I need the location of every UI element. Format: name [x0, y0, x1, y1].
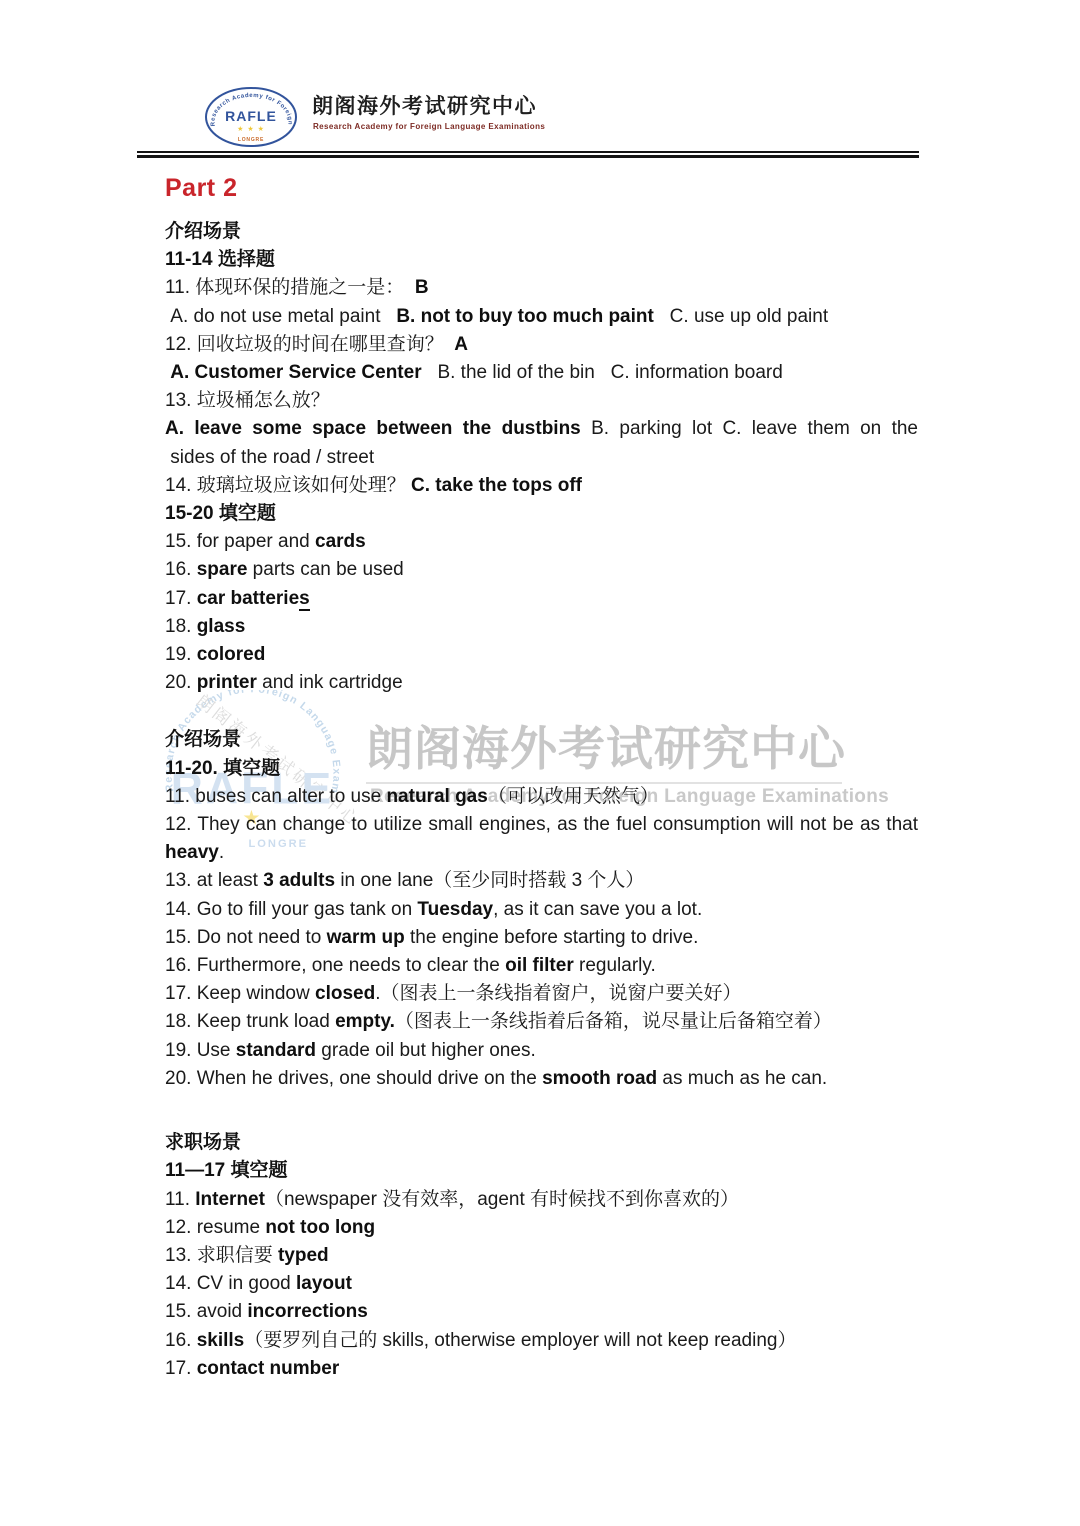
answer-text: A. leave some space between the dustbins	[165, 418, 581, 439]
answer-text: typed	[278, 1245, 329, 1266]
org-title: 朗阁海外考试研究中心	[312, 90, 537, 120]
line-text: 16.	[165, 559, 197, 580]
doc-line: 14. 玻璃垃圾应该如何处理？ C. take the tops off	[165, 472, 918, 500]
doc-line: 17. contact number	[165, 1355, 918, 1383]
answer-text: Tuesday	[417, 899, 493, 920]
doc-line: 17. car batteries	[165, 585, 918, 613]
answer-text: car batterie	[197, 588, 299, 609]
line-text: 19.	[165, 644, 197, 665]
answer-text: warm up	[327, 927, 405, 948]
section-heading: 介绍场景	[165, 726, 918, 754]
line-text: and ink cartridge	[257, 672, 403, 693]
line-text: as much as he can.	[657, 1068, 827, 1089]
answer-text: smooth road	[542, 1068, 657, 1089]
line-text: （可以改用天然气）	[488, 786, 659, 807]
answer-text: glass	[197, 616, 246, 637]
line-text: 11.	[165, 1189, 195, 1210]
line-text: 20. When he drives, one should drive on …	[165, 1068, 542, 1089]
document-blocks: 介绍场景11-14 选择题11. 体现环保的措施之一是： B A. do not…	[165, 218, 918, 1383]
doc-line: 19. Use standard grade oil but higher on…	[165, 1037, 918, 1065]
line-text: 14. CV in good	[165, 1273, 296, 1294]
line-text: C. use up old paint	[654, 306, 828, 327]
doc-line: 15. for paper and cards	[165, 528, 918, 556]
answer-text: contact number	[197, 1358, 340, 1379]
line-text: A. do not use metal paint	[165, 306, 396, 327]
answer-text: colored	[197, 644, 266, 665]
doc-line: 20. When he drives, one should drive on …	[165, 1065, 918, 1093]
doc-line: A. leave some space between the dustbins…	[165, 415, 918, 443]
doc-line: 12. resume not too long	[165, 1214, 918, 1242]
badge-rafle-text: RAFLE	[225, 108, 277, 124]
doc-line: 12. 回收垃圾的时间在哪里查询？ A	[165, 331, 918, 359]
answer-text: standard	[236, 1040, 316, 1061]
section-heading: 11—17 填空题	[165, 1157, 918, 1185]
org-subtitle: Research Academy for Foreign Language Ex…	[313, 122, 545, 131]
doc-line: 16. Furthermore, one needs to clear the …	[165, 952, 918, 980]
line-text: parts can be used	[247, 559, 403, 580]
answer-text: not too long	[265, 1217, 375, 1238]
answer-text: B	[415, 277, 429, 298]
answer-text: 3 adults	[263, 870, 335, 891]
answer-text: empty.	[335, 1011, 395, 1032]
section-heading: 11-20. 填空题	[165, 755, 918, 783]
answer-text: s	[299, 588, 310, 611]
line-text: 12. resume	[165, 1217, 265, 1238]
line-text: 15. Do not need to	[165, 927, 327, 948]
part-title: Part 2	[165, 174, 237, 203]
doc-line: 19. colored	[165, 641, 918, 669]
section-heading: 介绍场景	[165, 218, 918, 246]
answer-text: incorrections	[247, 1301, 367, 1322]
section-spacer	[165, 1093, 918, 1129]
answer-text: closed	[315, 983, 375, 1004]
doc-line: 11. 体现环保的措施之一是： B	[165, 274, 918, 302]
document-page: Research Academy for Foreign Language Ex…	[0, 0, 1080, 1526]
line-text: 18. Keep trunk load	[165, 1011, 335, 1032]
line-text: , as it can save you a lot.	[493, 899, 702, 920]
line-text: 15. for paper and	[165, 531, 315, 552]
answer-text: cards	[315, 531, 366, 552]
content-layer: Research Academy for Foreign Language Ex…	[0, 0, 1080, 1526]
line-text: 13. at least	[165, 870, 263, 891]
answer-text: C. take the tops off	[411, 475, 582, 496]
doc-line: 14. Go to fill your gas tank on Tuesday,…	[165, 896, 918, 924]
line-text: the engine before starting to drive.	[405, 927, 699, 948]
answer-text: B. not to buy too much paint	[396, 306, 654, 327]
line-text: .	[219, 842, 224, 863]
doc-line: 14. CV in good layout	[165, 1270, 918, 1298]
doc-line: 20. printer and ink cartridge	[165, 669, 918, 697]
answer-text: Internet	[195, 1189, 265, 1210]
line-text: sides of the road / street	[165, 447, 374, 468]
line-text: 11. 体现环保的措施之一是：	[165, 277, 415, 298]
line-text: 13. 求职信要	[165, 1245, 278, 1266]
line-text: （newspaper 没有效率，agent 有时候找不到你喜欢的）	[265, 1189, 739, 1210]
section-heading: 求职场景	[165, 1129, 918, 1157]
line-text: （图表上一条线指着后备箱，说尽量让后备箱空着）	[395, 1011, 832, 1032]
line-text: 15. avoid	[165, 1301, 247, 1322]
section-spacer	[165, 697, 918, 726]
line-text: （要罗列自己的 skills, otherwise employer will …	[244, 1330, 796, 1351]
line-text: .（图表上一条线指着窗户，说窗户要关好）	[375, 983, 741, 1004]
doc-line: 18. Keep trunk load empty.（图表上一条线指着后备箱，说…	[165, 1008, 918, 1036]
doc-line: 11. buses can alter to use natural gas（可…	[165, 783, 918, 811]
line-text: 17. Keep window	[165, 983, 315, 1004]
line-text: 11. buses can alter to use	[165, 786, 386, 807]
answer-text: heavy	[165, 842, 219, 863]
doc-line: 15. avoid incorrections	[165, 1298, 918, 1326]
line-text: grade oil but higher ones.	[316, 1040, 536, 1061]
doc-line: heavy.	[165, 839, 918, 867]
doc-line: 17. Keep window closed.（图表上一条线指着窗户，说窗户要关…	[165, 980, 918, 1008]
header-divider	[137, 151, 919, 158]
doc-line: 13. 垃圾桶怎么放？	[165, 387, 918, 415]
line-text: 13. 垃圾桶怎么放？	[165, 390, 330, 411]
line-text: in one lane（至少同时搭载 3 个人）	[335, 870, 644, 891]
answer-text: natural gas	[386, 786, 487, 807]
answer-text: A	[454, 334, 468, 355]
doc-line: 11. Internet（newspaper 没有效率，agent 有时候找不到…	[165, 1186, 918, 1214]
doc-line: 15. Do not need to warm up the engine be…	[165, 924, 918, 952]
doc-line: 18. glass	[165, 613, 918, 641]
doc-line: A. Customer Service Center B. the lid of…	[165, 359, 918, 387]
line-text: 14. 玻璃垃圾应该如何处理？	[165, 475, 411, 496]
badge-longre-text: LONGRE	[238, 137, 264, 143]
doc-line: 12. They can change to utilize small eng…	[165, 811, 918, 839]
doc-line: 16. skills（要罗列自己的 skills, otherwise empl…	[165, 1327, 918, 1355]
section-heading: 11-14 选择题	[165, 246, 918, 274]
doc-line: sides of the road / street	[165, 444, 918, 472]
line-text: 12. 回收垃圾的时间在哪里查询？	[165, 334, 454, 355]
answer-text: layout	[296, 1273, 352, 1294]
line-text: 14. Go to fill your gas tank on	[165, 899, 417, 920]
line-text: 17.	[165, 1358, 197, 1379]
line-text: 18.	[165, 616, 197, 637]
line-text: B. parking lot C. leave them on the	[581, 418, 918, 439]
doc-line: 13. 求职信要 typed	[165, 1242, 918, 1270]
doc-line: 16. spare parts can be used	[165, 556, 918, 584]
line-text: 12. They can change to utilize small eng…	[165, 814, 918, 835]
doc-line: 13. at least 3 adults in one lane（至少同时搭载…	[165, 867, 918, 895]
rafle-badge-icon: Research Academy for Foreign Language Ex…	[203, 84, 300, 150]
answer-text: oil filter	[505, 955, 574, 976]
line-text: 16.	[165, 1330, 197, 1351]
line-text: regularly.	[574, 955, 656, 976]
line-text: B. the lid of the bin C. information boa…	[422, 362, 783, 383]
line-text: 19. Use	[165, 1040, 236, 1061]
badge-stars-icon: ★ ★ ★	[237, 125, 265, 133]
answer-text: spare	[197, 559, 248, 580]
answer-text: A. Customer Service Center	[170, 362, 421, 383]
section-heading: 15-20 填空题	[165, 500, 918, 528]
answer-text: skills	[197, 1330, 245, 1351]
answer-text: printer	[197, 672, 257, 693]
doc-line: A. do not use metal paint B. not to buy …	[165, 303, 918, 331]
line-text: 17.	[165, 588, 197, 609]
line-text: 20.	[165, 672, 197, 693]
line-text: 16. Furthermore, one needs to clear the	[165, 955, 505, 976]
